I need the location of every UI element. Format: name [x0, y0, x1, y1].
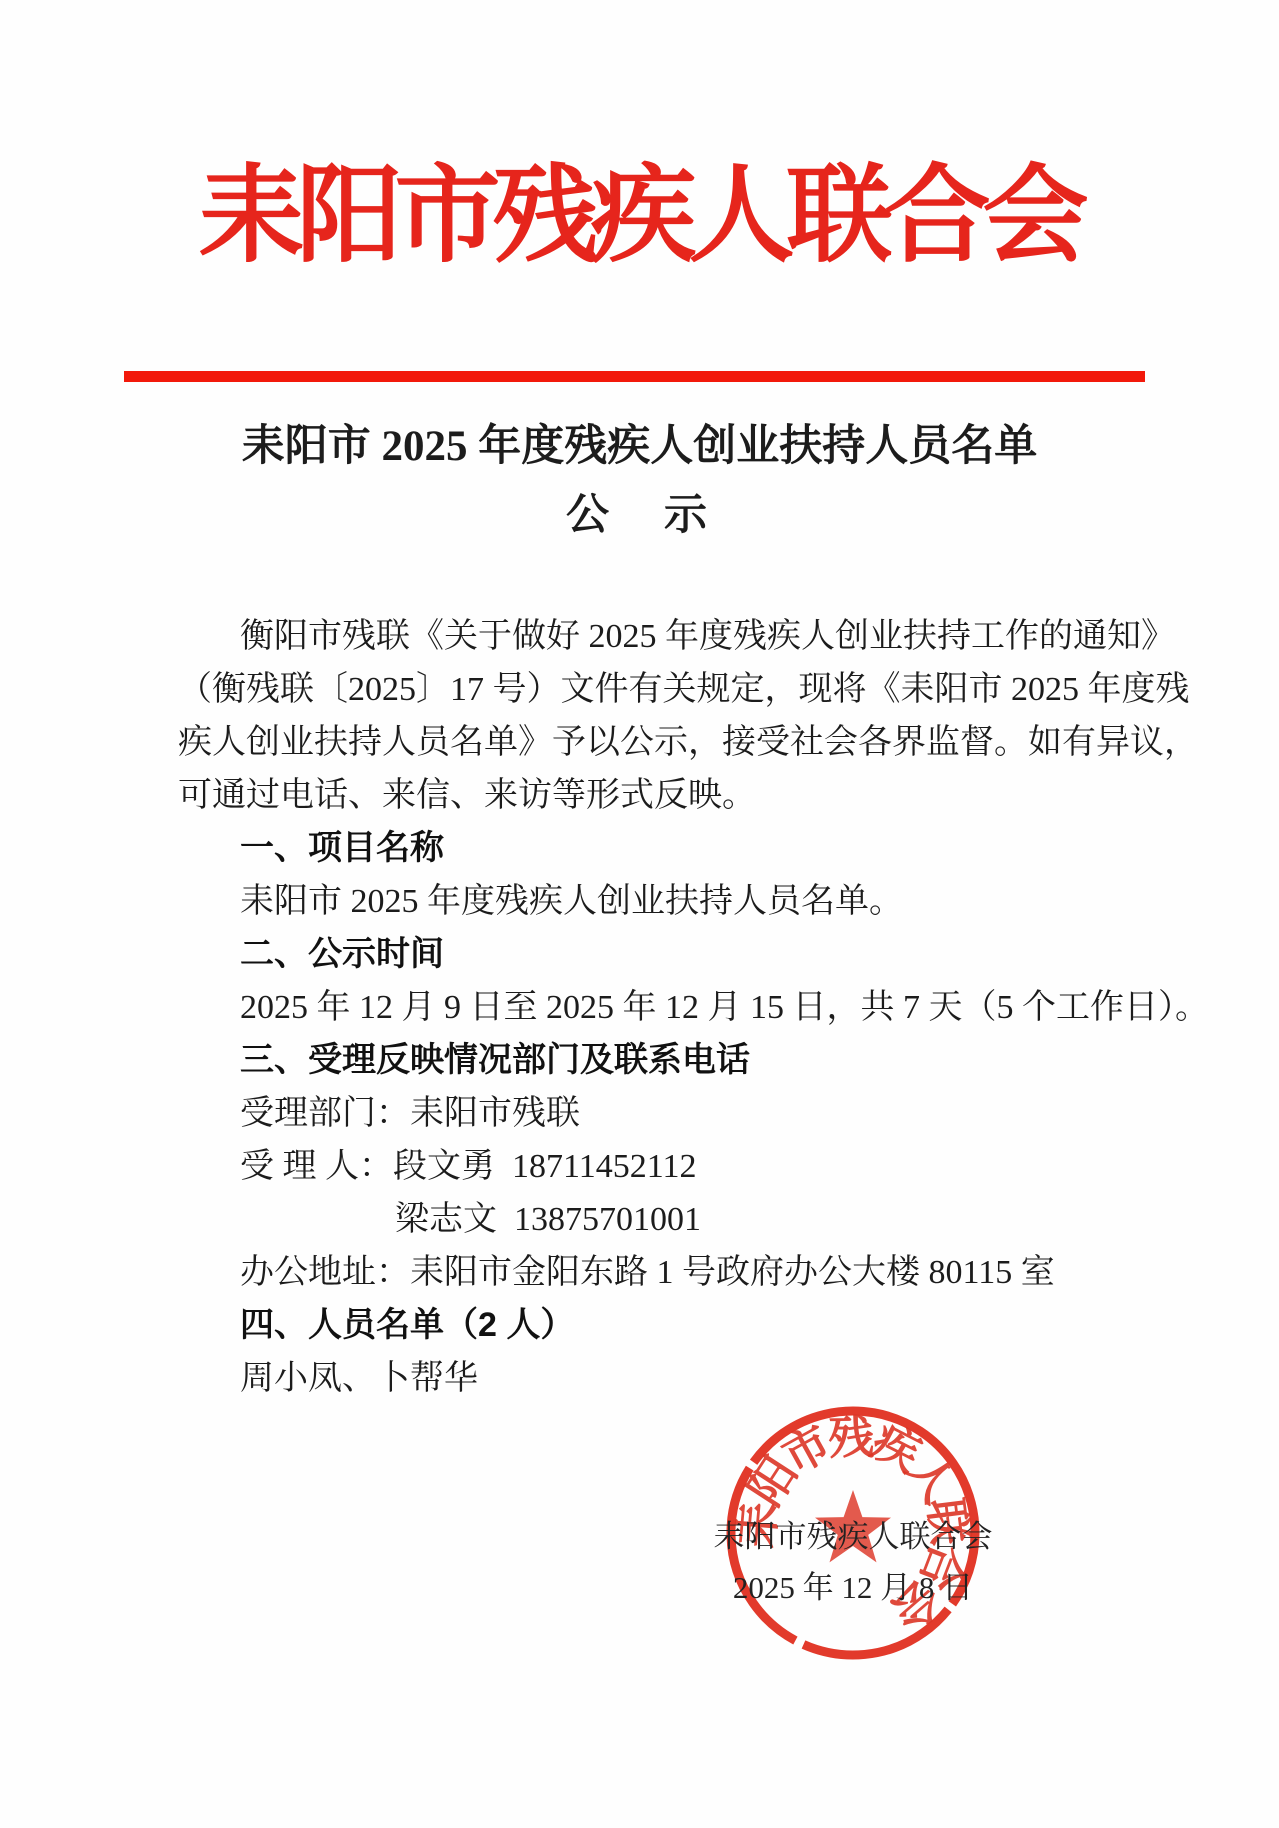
- body-line: 二、公示时间: [178, 928, 1188, 981]
- document-page: 耒阳市残疾人联合会 耒阳市 2025 年度残疾人创业扶持人员名单 公 示 衡阳市…: [0, 0, 1279, 1828]
- body-line: 一、项目名称: [178, 822, 1188, 875]
- body-line: 2025 年 12 月 9 日至 2025 年 12 月 15 日，共 7 天（…: [178, 981, 1188, 1034]
- body-line: 疾人创业扶持人员名单》予以公示，接受社会各界监督。如有异议，: [178, 716, 1188, 769]
- body-line: 受 理 人：段文勇 18711452112: [178, 1140, 1188, 1193]
- body-line: 梁志文 13875701001: [178, 1193, 1188, 1246]
- document-body: 衡阳市残联《关于做好 2025 年度残疾人创业扶持工作的通知》（衡残联〔2025…: [178, 610, 1188, 1405]
- body-line: 可通过电话、来信、来访等形式反映。: [178, 769, 1188, 822]
- body-line: 周小凤、卜帮华: [178, 1352, 1188, 1405]
- signature-org: 耒阳市残疾人联合会: [588, 1511, 1118, 1562]
- body-line: 受理部门：耒阳市残联: [178, 1087, 1188, 1140]
- body-line: 耒阳市 2025 年度残疾人创业扶持人员名单。: [178, 875, 1188, 928]
- letterhead-divider-rule: [124, 371, 1145, 382]
- letterhead-org-name: 耒阳市残疾人联合会: [0, 152, 1279, 282]
- document-title-line1: 耒阳市 2025 年度残疾人创业扶持人员名单: [0, 421, 1279, 473]
- document-title-line2: 公 示: [0, 490, 1279, 542]
- signature-date: 2025 年 12 月 8 日: [588, 1562, 1118, 1613]
- signature-block: 耒阳市残疾人联合会 2025 年 12 月 8 日: [588, 1511, 1118, 1613]
- body-line: （衡残联〔2025〕17 号）文件有关规定，现将《耒阳市 2025 年度残: [178, 663, 1188, 716]
- body-line: 四、人员名单（2 人）: [178, 1299, 1188, 1352]
- body-line: 三、受理反映情况部门及联系电话: [178, 1034, 1188, 1087]
- body-line: 衡阳市残联《关于做好 2025 年度残疾人创业扶持工作的通知》: [178, 610, 1188, 663]
- body-line: 办公地址：耒阳市金阳东路 1 号政府办公大楼 80115 室: [178, 1246, 1188, 1299]
